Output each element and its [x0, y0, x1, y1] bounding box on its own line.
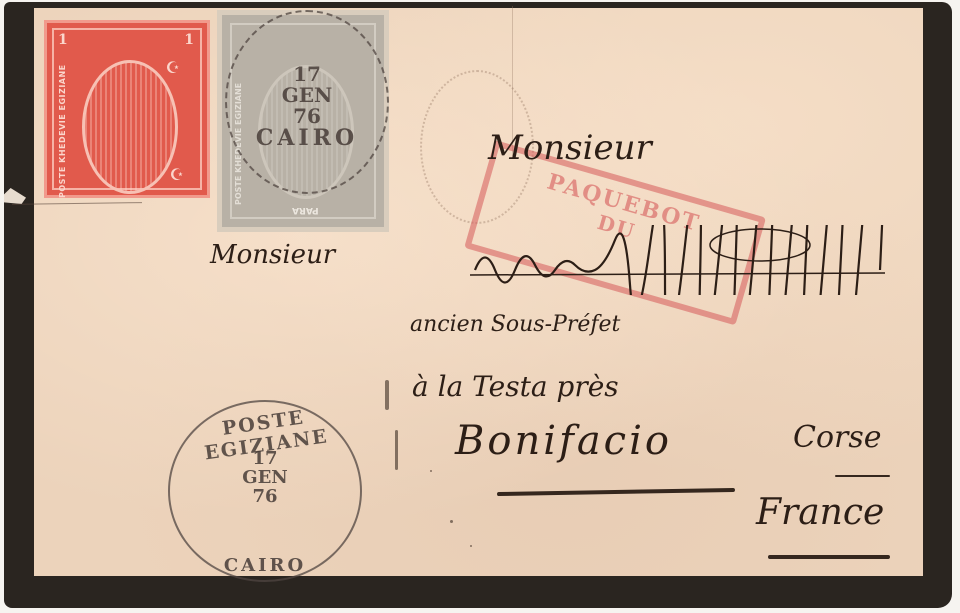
stamp-oval-vignette — [82, 60, 178, 194]
address-line-title: ancien Sous-Préfet — [410, 312, 620, 337]
cairo-postmark: POSTE EGIZIANE 17 GEN 76 CAIRO — [168, 400, 362, 582]
postmark-city: CAIRO — [170, 555, 360, 576]
region-underline — [835, 475, 890, 477]
postmark-city: CAIRO — [227, 127, 387, 150]
ink-speck — [430, 470, 432, 472]
stamp-side-text: POSTE KHEDEVIE EGIZIANE — [58, 48, 72, 198]
salutation-forwarding: Monsieur — [488, 128, 652, 168]
red-stamp: POSTE KHEDEVIE EGIZIANE 1 1 ☪ ☪ — [44, 20, 210, 198]
crescent-star-icon: ☪ — [166, 58, 180, 77]
ink-speck — [450, 520, 453, 523]
stamp-value: 1 — [184, 32, 194, 48]
address-country: France — [756, 492, 884, 533]
stamp-denomination-text: PARA — [292, 205, 319, 215]
salutation-original: Monsieur — [210, 240, 335, 270]
address-line-locality: à la Testa près — [412, 370, 619, 403]
ink-smudge — [395, 430, 398, 470]
address-region: Corse — [793, 420, 882, 455]
ink-smudge — [385, 380, 389, 410]
struck-out-name — [470, 225, 890, 304]
cairo-postmark-on-stamp: 17 GEN 76 CAIRO — [225, 10, 389, 194]
country-underline — [768, 555, 890, 559]
crescent-star-icon: ☪ — [170, 165, 184, 184]
postmark-month: GEN — [170, 469, 360, 488]
postmark-year: 76 — [227, 106, 387, 127]
postmark-month: GEN — [227, 85, 387, 106]
scribble-strikeout — [470, 225, 890, 295]
postmark-year: 76 — [170, 488, 360, 507]
stamp-value: 1 — [58, 32, 68, 48]
address-city: Bonifacio — [455, 418, 672, 464]
ink-speck — [470, 545, 472, 547]
postmark-day: 17 — [227, 64, 387, 85]
